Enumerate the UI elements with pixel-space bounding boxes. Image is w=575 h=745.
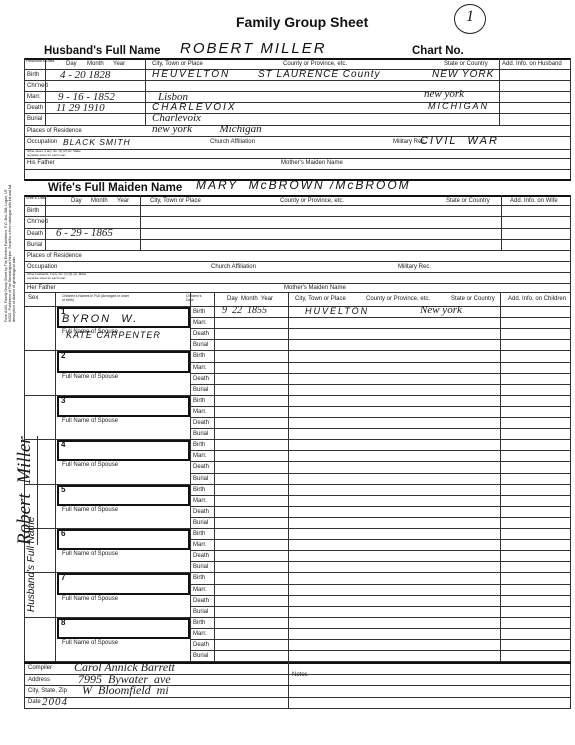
publisher-note: Form A100, Family Group Sheet by The Eve… bbox=[4, 182, 16, 322]
date-value[interactable]: 2004 bbox=[42, 696, 68, 708]
other-wives-note: Other wives, if any. No. (1) (2) etc. Ma… bbox=[27, 150, 87, 157]
row-line bbox=[190, 362, 571, 363]
wife-data-label: Wife's Data bbox=[26, 196, 46, 200]
wife-death-label: Death bbox=[27, 231, 43, 237]
row-line bbox=[24, 292, 571, 293]
child-birth-state[interactable]: New york bbox=[420, 304, 462, 316]
husband-birth-city[interactable]: HEUVELTON bbox=[152, 69, 230, 80]
row-line bbox=[190, 584, 571, 585]
wife-chr-label: Chr'ned bbox=[27, 219, 48, 225]
child-event-label: Death bbox=[193, 376, 209, 382]
child-event-label: Birth bbox=[193, 398, 205, 404]
row-line bbox=[24, 272, 571, 273]
wife-church-label: Church Affiliation bbox=[211, 264, 256, 270]
husband-name-value[interactable]: ROBERT MILLER bbox=[180, 40, 327, 57]
child-event-label: Marr. bbox=[193, 542, 207, 548]
child-event-label: Death bbox=[193, 642, 209, 648]
row-line bbox=[190, 539, 571, 540]
child-number: 7 bbox=[61, 573, 65, 582]
row-line bbox=[190, 428, 571, 429]
row-line bbox=[190, 461, 571, 462]
spouse-label: Full Name of Spouse bbox=[62, 596, 118, 602]
row-line bbox=[190, 417, 571, 418]
children-col-sex: Sex bbox=[28, 295, 38, 301]
row-line bbox=[24, 250, 571, 251]
child-event-label: Burial bbox=[193, 342, 208, 348]
child-event-label: Burial bbox=[193, 476, 208, 482]
circled-number: 1 bbox=[466, 8, 474, 26]
child-event-label: Marr. bbox=[193, 409, 207, 415]
child-event-label: Marr. bbox=[193, 365, 207, 371]
row-line bbox=[190, 373, 571, 374]
spouse-label: Full Name of Spouse bbox=[62, 418, 118, 424]
husband-marr-label: Marr. bbox=[27, 94, 41, 100]
city-state-zip-label: City, State, Zip bbox=[28, 688, 67, 694]
wife-col-county: County or Province, etc. bbox=[280, 198, 344, 204]
children-col-county: County or Province, etc. bbox=[366, 296, 430, 302]
husband-occupation-value[interactable]: BLACK SMITH bbox=[63, 137, 131, 147]
child-event-label: Burial bbox=[193, 431, 208, 437]
husband-birth-state[interactable]: NEW YORK bbox=[432, 69, 494, 80]
col-city: City, Town or Place bbox=[152, 61, 203, 67]
wife-name-value[interactable]: MARY McBROWN /McBROOM bbox=[196, 178, 411, 192]
row-line bbox=[190, 650, 571, 651]
children-col-city: City, Town or Place bbox=[295, 296, 346, 302]
child-number: 8 bbox=[61, 618, 65, 627]
child-event-label: Birth bbox=[193, 531, 205, 537]
his-father-label: His Father bbox=[27, 160, 55, 166]
col-add-info: Add. Info. on Husband bbox=[502, 61, 562, 67]
husband-residence-value[interactable]: new york Michigan bbox=[152, 123, 262, 135]
wife-death-date[interactable]: 6 - 29 - 1865 bbox=[56, 227, 113, 239]
husband-marr-state[interactable]: new york bbox=[424, 88, 464, 100]
child-spouse[interactable]: KATE CARPENTER bbox=[66, 330, 161, 340]
wife-occupation-label: Occupation bbox=[27, 264, 57, 270]
other-husbands-note: Other husbands, if any. No. (1) (2) etc.… bbox=[27, 273, 97, 280]
col-month: Month bbox=[87, 61, 104, 67]
page-bottom-margin bbox=[0, 709, 575, 745]
child-name-box[interactable] bbox=[57, 529, 190, 550]
row-line bbox=[24, 261, 571, 262]
spouse-label: Full Name of Spouse bbox=[62, 507, 118, 513]
wife-name-label: Wife's Full Maiden Name bbox=[48, 182, 182, 194]
child-event-label: Marr. bbox=[193, 498, 207, 504]
wife-military-label: Military Rec. bbox=[398, 264, 431, 270]
notes-label: Notes bbox=[292, 672, 308, 678]
child-event-label: Birth bbox=[193, 620, 205, 626]
row-line bbox=[190, 450, 571, 451]
child-event-label: Death bbox=[193, 553, 209, 559]
spouse-label: Full Name of Spouse bbox=[62, 551, 118, 557]
children-col-add: Add. Info. on Children bbox=[508, 296, 566, 302]
child-event-label: Death bbox=[193, 464, 209, 470]
child-event-label: Birth bbox=[193, 353, 205, 359]
wife-col-day: Day bbox=[71, 198, 82, 204]
child-name-box[interactable] bbox=[57, 440, 190, 461]
row-line bbox=[190, 639, 571, 640]
child-number: 6 bbox=[61, 529, 65, 538]
child-name-box[interactable] bbox=[57, 351, 190, 372]
row-line bbox=[24, 158, 571, 159]
child-event-label: Burial bbox=[193, 520, 208, 526]
row-line bbox=[24, 216, 571, 217]
spouse-label: Full Name of Spouse bbox=[62, 462, 118, 468]
col-day: Day bbox=[66, 61, 77, 67]
child-event-label: Death bbox=[193, 331, 209, 337]
child-event-label: Marr. bbox=[193, 587, 207, 593]
row-line bbox=[190, 595, 571, 596]
row-line bbox=[190, 550, 571, 551]
child-event-label: Burial bbox=[193, 564, 208, 570]
row-line bbox=[24, 149, 571, 150]
row-line bbox=[190, 406, 571, 407]
wife-col-city: City, Town or Place bbox=[150, 198, 201, 204]
row-line bbox=[190, 328, 571, 329]
husband-birth-county[interactable]: ST LAURENCE County bbox=[258, 69, 380, 80]
child-name[interactable]: BYRON W. bbox=[62, 313, 138, 325]
row-line bbox=[190, 473, 571, 474]
border-right bbox=[570, 58, 571, 180]
child-name-box[interactable] bbox=[57, 396, 190, 417]
spouse-label: Full Name of Spouse bbox=[62, 374, 118, 380]
child-event-label: Birth bbox=[193, 442, 205, 448]
his-mother-label: Mother's Maiden Name bbox=[281, 160, 343, 166]
row-line bbox=[24, 125, 571, 126]
her-father-label: Her Father bbox=[27, 285, 56, 291]
husband-birth-date[interactable]: 4 - 20 1828 bbox=[60, 69, 110, 81]
husband-name-label: Husband's Full Name bbox=[44, 45, 160, 57]
husband-death-date[interactable]: 11 29 1910 bbox=[56, 102, 105, 114]
row-line bbox=[190, 384, 571, 385]
col-county: County or Province, etc. bbox=[283, 61, 347, 67]
child-birth-date[interactable]: 9 22 1855 bbox=[222, 305, 267, 316]
row-line bbox=[190, 506, 571, 507]
spouse-label: Full Name of Spouse bbox=[62, 640, 118, 646]
col-divider bbox=[140, 195, 141, 250]
child-birth-city[interactable]: HUVELTON bbox=[305, 306, 369, 316]
husband-occupation-label: Occupation bbox=[27, 139, 57, 145]
child-event-label: Marr. bbox=[193, 631, 207, 637]
divider bbox=[24, 58, 571, 60]
row-line bbox=[24, 239, 571, 240]
row-line bbox=[190, 628, 571, 629]
child-number: 2 bbox=[61, 351, 65, 360]
husband-birth-label: Birth bbox=[27, 72, 39, 78]
child-event-label: Burial bbox=[193, 387, 208, 393]
wife-col-state: State or Country bbox=[446, 198, 490, 204]
child-event-label: Burial bbox=[193, 609, 208, 615]
row-line bbox=[190, 495, 571, 496]
child-name-box[interactable] bbox=[57, 573, 190, 594]
children-col-dmy: Day Month Year bbox=[227, 296, 273, 302]
child-number: 4 bbox=[61, 440, 65, 449]
child-event-label: Burial bbox=[193, 653, 208, 659]
child-number: 3 bbox=[61, 396, 65, 405]
border-left bbox=[24, 58, 25, 180]
row-line bbox=[24, 205, 571, 206]
wife-birth-label: Birth bbox=[27, 208, 39, 214]
husband-burial-label: Burial bbox=[27, 116, 42, 122]
col-year: Year bbox=[113, 61, 125, 67]
husband-data-label: Husband's Data bbox=[26, 59, 54, 63]
wife-col-add: Add. Info. on Wife bbox=[510, 198, 558, 204]
child-event-label: Birth bbox=[193, 575, 205, 581]
row-line bbox=[190, 339, 571, 340]
children-col-state: State or Country bbox=[451, 296, 495, 302]
wife-col-month: Month bbox=[91, 198, 108, 204]
child-event-label: Death bbox=[193, 509, 209, 515]
wife-residence-label: Places of Residence bbox=[27, 253, 82, 259]
margin-husband-name[interactable]: Robert Miller bbox=[14, 436, 38, 545]
child-event-label: Marr. bbox=[193, 453, 207, 459]
husband-residence-label: Places of Residence bbox=[27, 128, 82, 134]
divider bbox=[24, 195, 571, 197]
child-event-label: Death bbox=[193, 420, 209, 426]
her-mother-label: Mother's Maiden Name bbox=[284, 285, 346, 291]
row-line bbox=[24, 113, 571, 114]
row-line bbox=[190, 517, 571, 518]
child-number: 5 bbox=[61, 485, 65, 494]
wife-burial-label: Burial bbox=[27, 242, 42, 248]
child-event-label: Birth bbox=[193, 309, 205, 315]
row-line bbox=[190, 561, 571, 562]
row-line bbox=[190, 606, 571, 607]
child-name-box[interactable] bbox=[57, 485, 190, 506]
row-line bbox=[24, 283, 571, 284]
page-title: Family Group Sheet bbox=[236, 14, 368, 30]
children-col-names: Children's Names in Full (Arranged in or… bbox=[62, 294, 130, 302]
date-label: Date bbox=[28, 699, 41, 705]
child-event-label: Marr. bbox=[193, 320, 207, 326]
husband-military-value[interactable]: CIVIL WAR bbox=[420, 135, 499, 147]
husband-church-label: Church Affiliation bbox=[210, 139, 255, 145]
col-divider bbox=[501, 195, 502, 250]
chart-no-label: Chart No. bbox=[412, 45, 464, 57]
husband-death-state[interactable]: MICHIGAN bbox=[428, 101, 489, 111]
compiler-label: Compiler bbox=[28, 665, 52, 671]
row-line bbox=[24, 169, 571, 170]
address-label: Address bbox=[28, 677, 50, 683]
city-state-zip-value[interactable]: W Bloomfield mi bbox=[82, 683, 169, 698]
row-line bbox=[190, 317, 571, 318]
wife-col-year: Year bbox=[117, 198, 129, 204]
husband-chr-label: Chr'ned bbox=[27, 83, 48, 89]
child-event-label: Death bbox=[193, 598, 209, 604]
child-name-box[interactable] bbox=[57, 618, 190, 639]
col-divider bbox=[55, 292, 56, 662]
col-state: State or Country bbox=[444, 61, 488, 67]
child-event-label: Birth bbox=[193, 487, 205, 493]
husband-death-label: Death bbox=[27, 105, 43, 111]
